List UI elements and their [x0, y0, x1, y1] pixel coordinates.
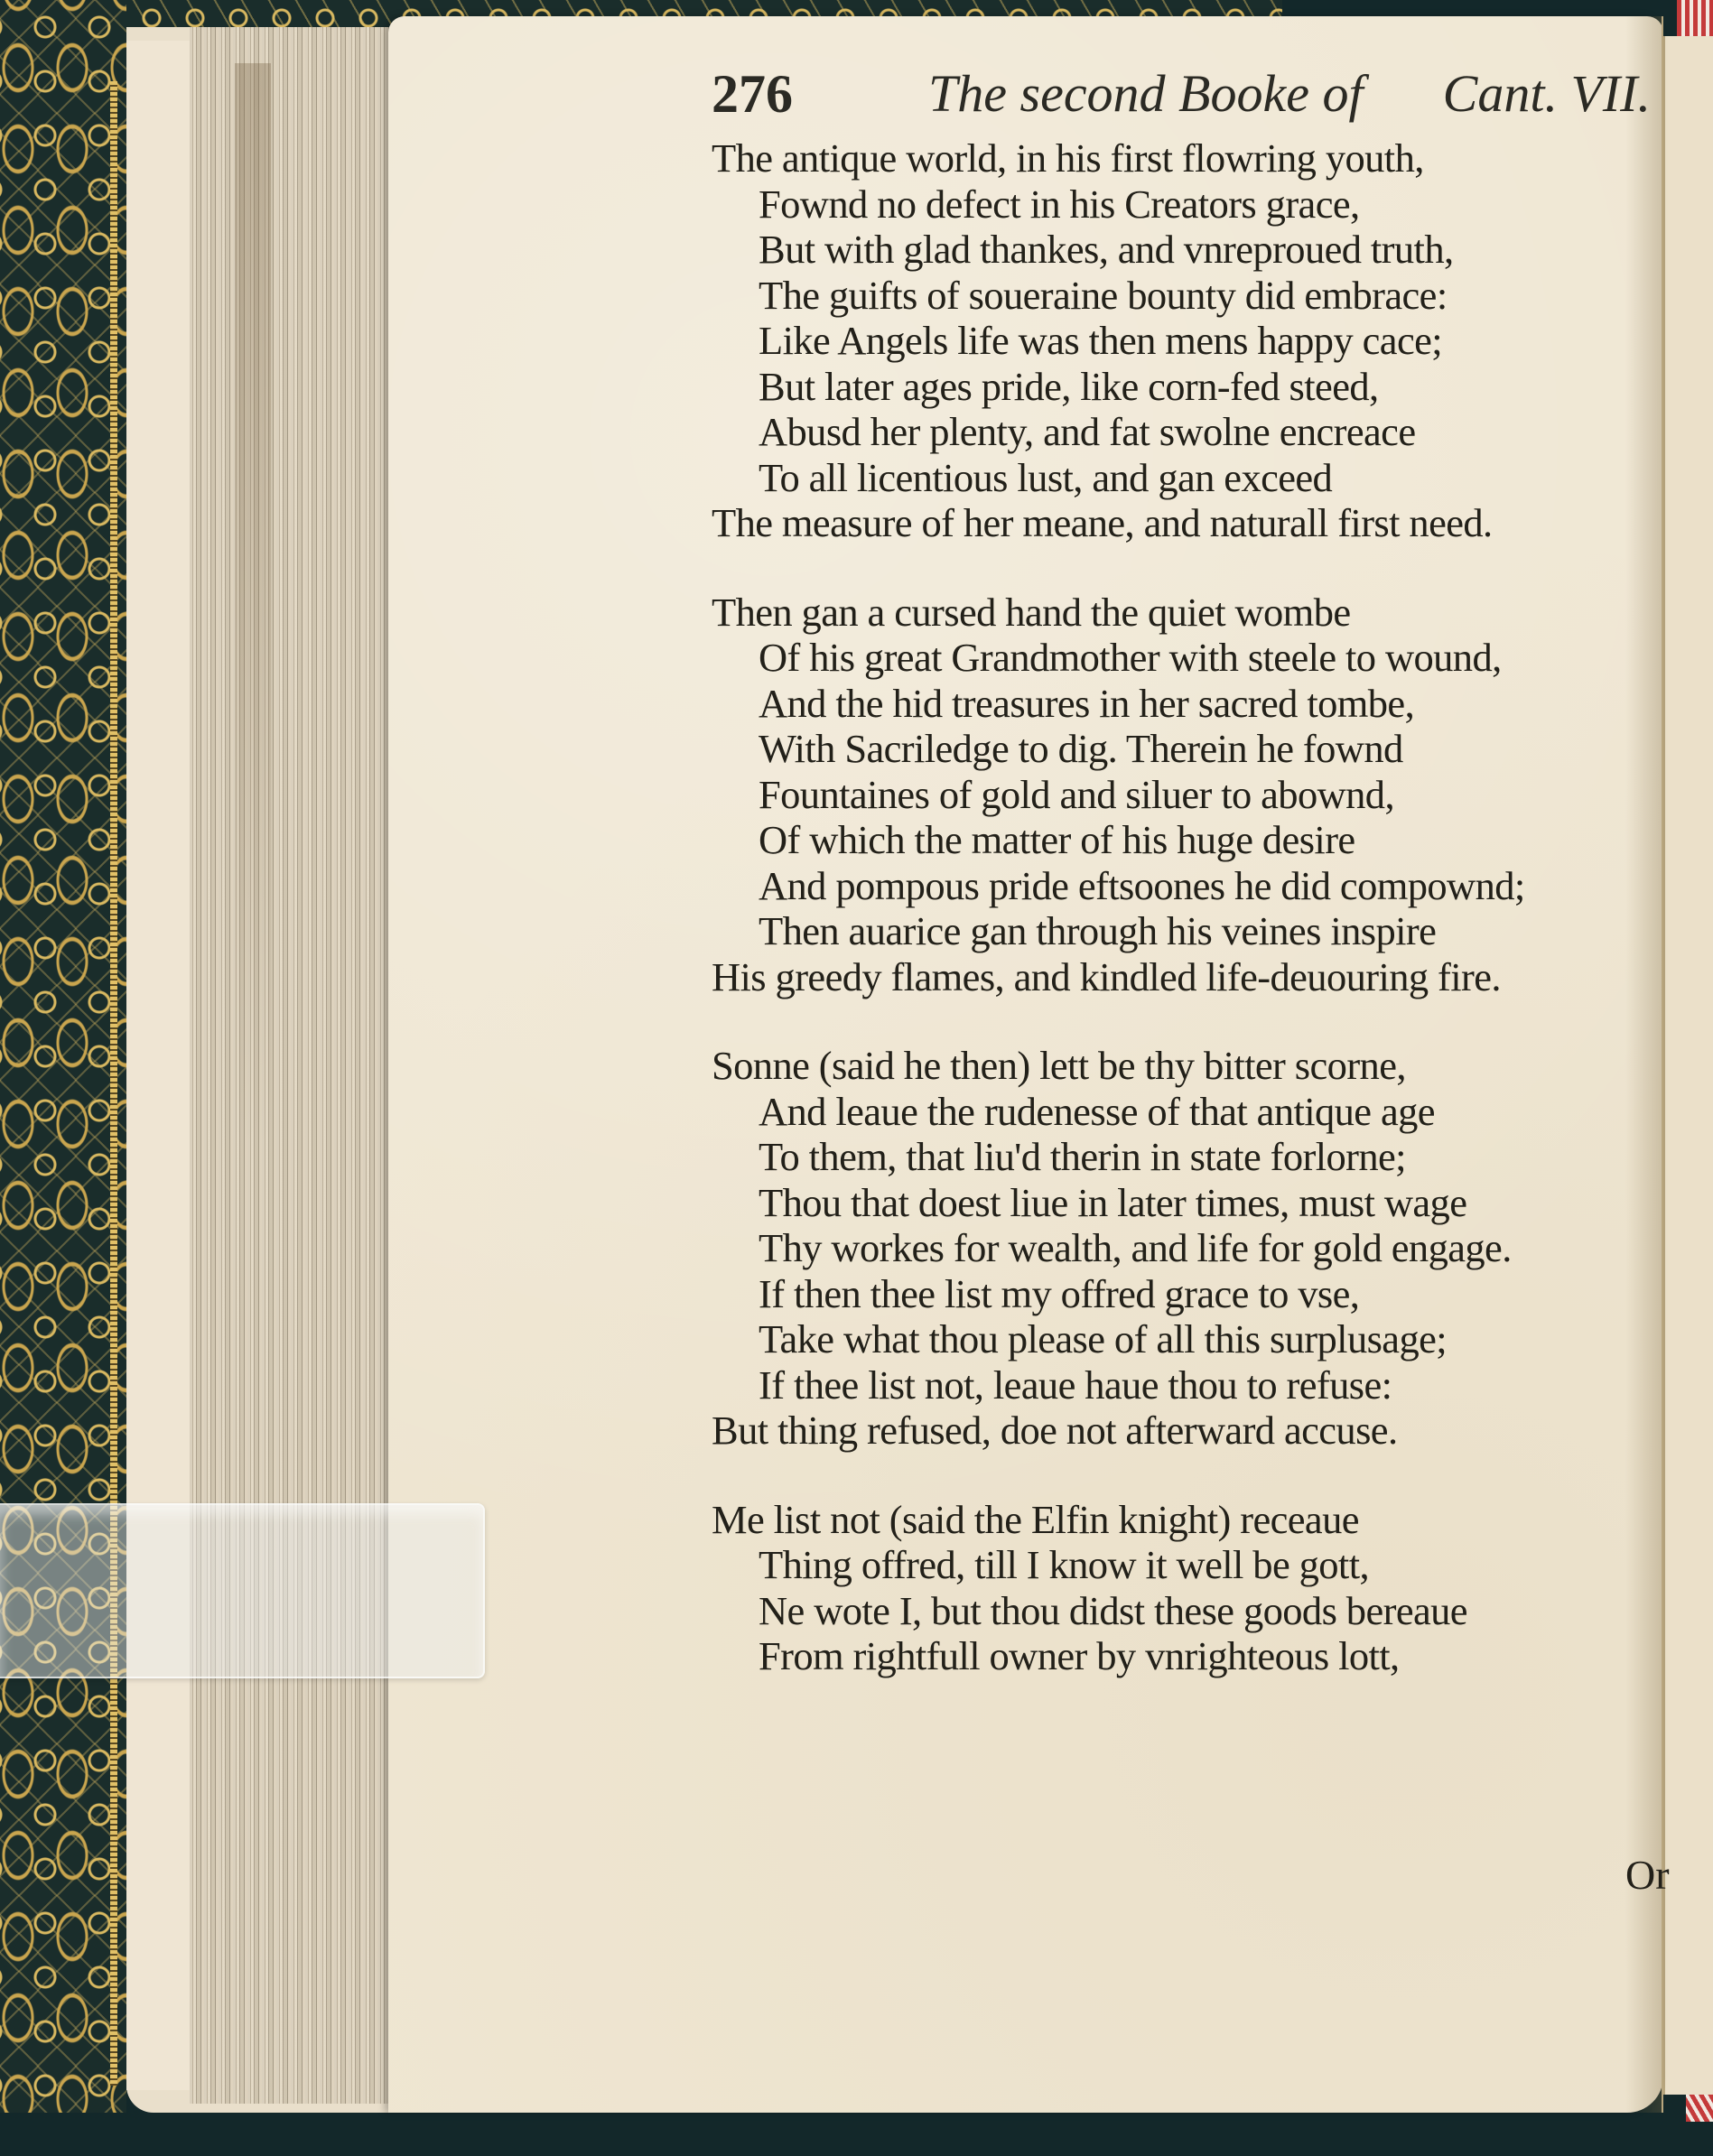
plastic-page-clip: [0, 1503, 485, 1678]
verse-line: Sonne (said he then) lett be thy bitter …: [712, 1043, 1669, 1089]
verse-line: But with glad thankes, and vnreproued tr…: [712, 227, 1669, 273]
alexandrine-line: But thing refused, doe not afterward acc…: [712, 1408, 1669, 1454]
verse-line: And the hid treasures in her sacred tomb…: [712, 681, 1669, 727]
verse-line: From rightfull owner by vnrighteous lott…: [712, 1633, 1669, 1679]
canto-label: Cant. VII.: [1443, 63, 1651, 124]
verse-line: Abusd her plenty, and fat swolne encreac…: [712, 409, 1669, 455]
running-title: The second Booke of: [928, 63, 1364, 124]
stanza: Sonne (said he then) lett be thy bitter …: [712, 1043, 1669, 1454]
catchword: Or: [1625, 1851, 1670, 1899]
stanza: The antique world, in his first flowring…: [712, 135, 1669, 546]
verse-line: Take what thou please of all this surplu…: [712, 1316, 1669, 1362]
verse-line: Fownd no defect in his Creators grace,: [712, 181, 1669, 228]
verse-line: Me list not (said the Elfin knight) rece…: [712, 1497, 1669, 1543]
verse-line: If thee list not, leaue haue thou to ref…: [712, 1362, 1669, 1408]
poem-text: The antique world, in his first flowring…: [712, 135, 1669, 1723]
water-stain: [235, 63, 271, 1147]
verse-line: But later ages pride, like corn-fed stee…: [712, 364, 1669, 410]
verse-line: Thou that doest liue in later times, mus…: [712, 1180, 1669, 1226]
verse-line: The antique world, in his first flowring…: [712, 135, 1669, 181]
verse-line: And leaue the rudenesse of that antique …: [712, 1089, 1669, 1135]
facing-page-edge: [1663, 36, 1713, 2095]
binding-bottom-edge: [0, 2113, 1713, 2156]
page-fore-edges: [190, 27, 397, 2104]
page-header: 276 The second Booke of Cant. VII.: [712, 63, 1660, 135]
flyleaf: [126, 41, 191, 2090]
verse-line: Ne wote I, but thou didst these goods be…: [712, 1588, 1669, 1634]
gilt-binding-cover: [0, 0, 126, 2113]
headband-top: [1677, 0, 1713, 36]
verse-line: And pompous pride eftsoones he did compo…: [712, 863, 1669, 909]
verse-line: Like Angels life was then mens happy cac…: [712, 318, 1669, 364]
stanza: Me list not (said the Elfin knight) rece…: [712, 1497, 1669, 1679]
verse-line: Thy workes for wealth, and life for gold…: [712, 1225, 1669, 1271]
verse-line: Then auarice gan through his veines insp…: [712, 908, 1669, 954]
page-stack: [126, 27, 397, 2113]
verse-line: Thing offred, till I know it well be got…: [712, 1542, 1669, 1588]
verse-line: To all licentious lust, and gan exceed: [712, 455, 1669, 501]
verse-line: Fountaines of gold and siluer to abownd,: [712, 772, 1669, 818]
page-number: 276: [712, 63, 793, 125]
alexandrine-line: His greedy flames, and kindled life-deuo…: [712, 954, 1669, 1000]
alexandrine-line: The measure of her meane, and naturall f…: [712, 500, 1669, 546]
stanza: Then gan a cursed hand the quiet wombe O…: [712, 590, 1669, 1000]
verse-line: To them, that liu'd therin in state forl…: [712, 1134, 1669, 1180]
verse-line: If then thee list my offred grace to vse…: [712, 1271, 1669, 1317]
verse-line: Of his great Grandmother with steele to …: [712, 635, 1669, 681]
verse-line: Then gan a cursed hand the quiet wombe: [712, 590, 1669, 636]
verse-line: Of which the matter of his huge desire: [712, 817, 1669, 863]
gilt-bead-rule: [110, 81, 117, 2086]
verse-line: The guifts of soueraine bounty did embra…: [712, 273, 1669, 319]
verse-line: With Sacriledge to dig. Therein he fownd: [712, 726, 1669, 772]
